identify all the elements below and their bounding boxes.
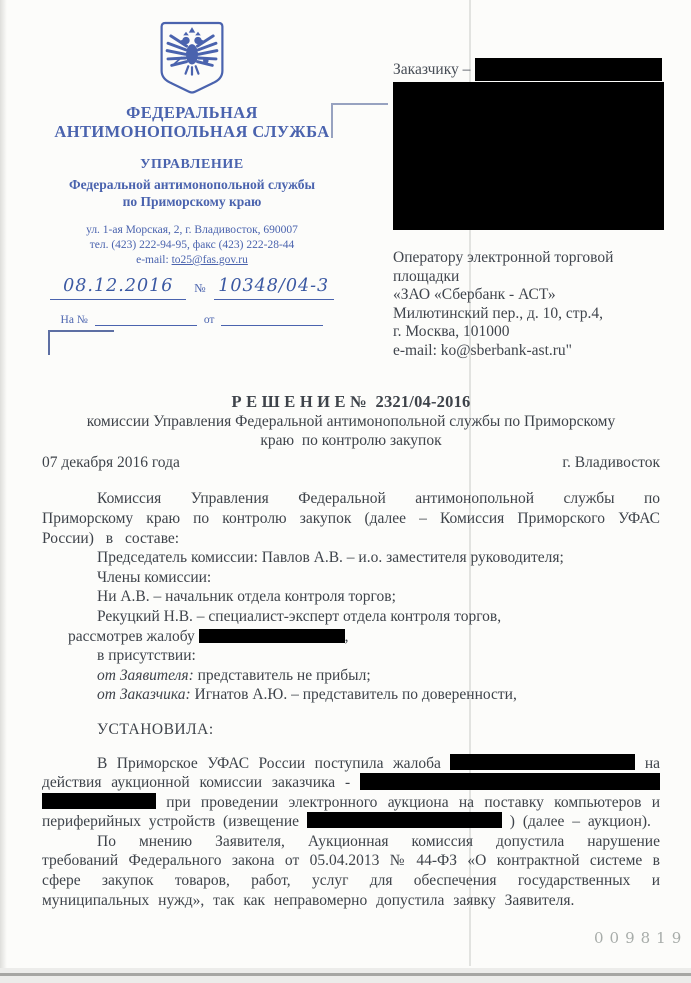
office-name-line2: Федеральной антимонопольной службы (26, 176, 358, 193)
opinion-paragraph: По мнению Заявителя, Аукционная комиссия… (42, 832, 660, 910)
operator-line: площадки (393, 268, 671, 287)
redaction-block (393, 82, 664, 230)
contact-block: ул. 1-ая Морская, 2, г. Владивосток, 690… (26, 223, 358, 268)
presence-label-line: в присутствии: (42, 646, 660, 666)
phone-fax: тел. (423) 222-94-95, факс (423) 222-28-… (26, 238, 358, 253)
office-name-line3: по Приморскому краю (26, 193, 358, 210)
email-label: e-mail: (136, 254, 169, 266)
customer-line: Заказчику – (393, 58, 671, 81)
from-applicant-label: от Заявителя: (97, 667, 194, 684)
redaction-block (360, 773, 660, 790)
redaction-block (475, 58, 662, 81)
chairman-line: Председатель комиссии: Павлов А.В. – и.о… (42, 548, 660, 568)
email-address: to25@fas.gov.ru (172, 254, 248, 266)
incoming-number-blank (95, 313, 197, 326)
decision-subtitle-line2: краю по контролю закупок (42, 431, 660, 451)
corner-mark-address (331, 103, 388, 138)
letterhead: ФЕДЕРАЛЬНАЯ АНТИМОНОПОЛЬНАЯ СЛУЖБА УПРАВ… (26, 20, 358, 326)
email-line: e-mail: to25@fas.gov.ru (26, 253, 358, 268)
corner-mark-bottom-left (48, 330, 114, 355)
from-customer-text: Игнатов А.Ю. – представитель по доверенн… (191, 686, 517, 703)
operator-line: Оператору электронной торговой (393, 249, 671, 268)
page-number-stamp: 009819 (594, 929, 687, 947)
date-city-row: 07 декабря 2016 года г. Владивосток (42, 453, 660, 473)
reviewed-prefix: рассмотрев жалобу (68, 628, 199, 645)
office-name-line1: УПРАВЛЕНИЕ (26, 156, 358, 173)
from-applicant-text: представитель не прибыл; (194, 667, 371, 684)
customer-label: Заказчику – (393, 58, 470, 79)
member-line: Ни А.В. – начальник отдела контроля торг… (42, 587, 660, 607)
number-sign: № (194, 281, 205, 300)
members-label-line: Члены комиссии: (42, 568, 660, 588)
est-text: В Приморское УФАС России поступила жалоб… (97, 755, 450, 772)
redaction-block (42, 793, 156, 809)
redaction-block (450, 754, 635, 770)
member-line: Рекуцкий Н.В. – специалист-эксперт отдел… (42, 607, 660, 627)
from-customer-line: от Заказчика: Игнатов А.Ю. – представите… (42, 685, 660, 705)
incoming-reference-row: На № от (26, 313, 358, 326)
from-applicant-line: от Заявителя: представитель не прибыл; (42, 666, 660, 686)
operator-line: e-mail: ko@sberbank-ast.ru" (393, 342, 671, 361)
agency-name: ФЕДЕРАЛЬНАЯ АНТИМОНОПОЛЬНАЯ СЛУЖБА (26, 103, 358, 141)
operator-address: Оператору электронной торговой площадки … (393, 249, 671, 361)
agency-name-line1: ФЕДЕРАЛЬНАЯ (26, 103, 358, 122)
operator-line: Милютинский пер., д. 10, стр.4, (393, 305, 671, 324)
handwritten-date: 08.12.2016 (50, 276, 186, 300)
recipient-block: Заказчику – Оператору электронной торгов… (393, 58, 671, 361)
scanned-document-page: ФЕДЕРАЛЬНАЯ АНТИМОНОПОЛЬНАЯ СЛУЖБА УПРАВ… (0, 0, 691, 983)
from-customer-label: от Заказчика: (97, 686, 191, 703)
scan-edge-shadow (0, 0, 7, 968)
incoming-number-label: На № (61, 314, 88, 326)
reviewed-suffix: , (345, 628, 349, 645)
redaction-block (307, 812, 502, 828)
incoming-date-label: от (204, 314, 215, 326)
decision-city: г. Владивосток (562, 453, 660, 473)
est-text: ) (далее – аукцион). (502, 813, 651, 830)
decision-subtitle-line1: комиссии Управления Федеральной антимоно… (42, 412, 660, 432)
outgoing-reference-row: 08.12.2016 № 10348/04-3 (26, 276, 358, 300)
incoming-date-blank (221, 313, 323, 326)
commission-paragraph: Комиссия Управления Федеральной антимоно… (42, 489, 660, 548)
agency-name-line2: АНТИМОНОПОЛЬНАЯ СЛУЖБА (26, 122, 358, 141)
established-paragraph: В Приморское УФАС России поступила жалоб… (42, 754, 660, 832)
complaint-reviewed-line: рассмотрев жалобу , (42, 627, 660, 647)
operator-line: г. Москва, 101000 (393, 323, 671, 342)
scan-bottom-edge (0, 968, 691, 983)
operator-line: «ЗАО «Сбербанк - АСТ» (393, 286, 671, 305)
scan-edge-line (0, 973, 691, 976)
coat-of-arms-icon (157, 20, 227, 96)
redaction-block (199, 629, 345, 643)
street-address: ул. 1-ая Морская, 2, г. Владивосток, 690… (26, 223, 358, 238)
decision-date: 07 декабря 2016 года (42, 453, 180, 473)
office-name: УПРАВЛЕНИЕ Федеральной антимонопольной с… (26, 156, 358, 210)
established-heading: УСТАНОВИЛА: (42, 720, 660, 740)
decision-body: Р Е Ш Е Н И Е № 2321/04-2016 комиссии Уп… (42, 392, 660, 910)
handwritten-number: 10348/04-3 (214, 276, 334, 300)
decision-title: Р Е Ш Е Н И Е № 2321/04-2016 (42, 392, 660, 412)
